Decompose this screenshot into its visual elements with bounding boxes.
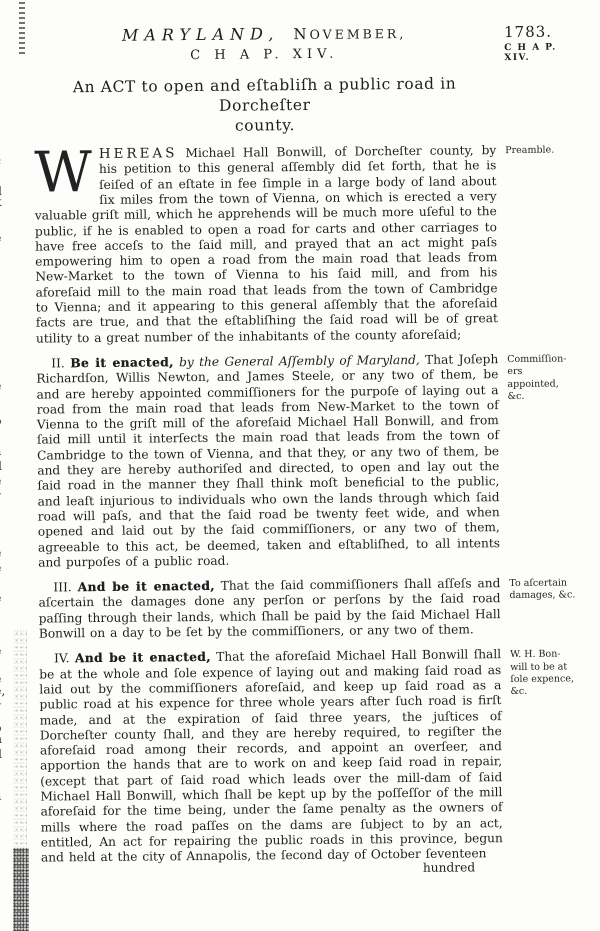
bleedthrough-letter: a [0,445,1,458]
bleedthrough-letter: y [0,490,1,503]
section-number: II. [51,356,65,370]
bleedthrough-letter: a [0,790,1,803]
scan-noise-blotch [13,848,29,931]
section-4-paragraph: IV. And be it enacted, That the aforeſai… [39,647,503,866]
section-preamble: WHEREAS Michael Hall Bonwill, of Dorcheſ… [34,143,576,357]
bleedthrough-letter: e [0,380,1,393]
bleedthrough-letter: e [0,562,1,575]
preamble-paragraph: WHEREAS Michael Hall Bonwill, of Dorcheſ… [34,143,498,346]
section-4: IV. And be it enacted, That the aforeſai… [39,647,581,881]
bleedthrough-letter: y [0,700,1,713]
assembly-phrase: by the General Aſſembly of Maryland, [179,353,420,369]
bleedthrough-letter: e [0,232,1,245]
section-3: III. And be it enacted, That the ſaid co… [38,576,579,652]
preamble-lead-word: HEREAS [99,145,178,162]
margin-note-expense: W. H. Bon- will to be at ſole expence, &… [510,647,579,699]
running-head-year: 1783. [504,23,552,41]
enacting-clause: And be it enacted, [75,650,211,665]
preamble-text: Michael Hall Bonwill, of Dorcheſter coun… [35,143,498,345]
margin-note-preamble: Preamble. [505,143,574,158]
chapter-heading: C H A P. XIV. [33,45,495,64]
section-4-text: That the aforeſaid Michael Hall Bonwill … [39,647,503,864]
printed-page-content: MARYLAND, NOVEMBER, 1783. C H A P. XIV. … [33,21,581,880]
bleedthrough-letter: k [0,196,2,209]
bleedthrough-letter: e, [0,685,5,698]
section-2-paragraph: II. Be it enacted, by the General Aſſemb… [36,352,500,571]
enacting-clause: Be it enacted, [70,355,174,370]
bleedthrough-letter: n [0,733,2,746]
margin-note-damages: To aſcertain damages, &c. [509,576,578,603]
scanned-document-page: liscdke-s-lesotadey-s-eeree-ee,y-ondstas… [0,0,600,931]
bleedthrough-letter: e [0,547,1,560]
section-number: III. [53,580,71,594]
margin-note-commissioners: Commiſſion- ers appointed, &c. [507,351,576,403]
section-2: II. Be it enacted, by the General Aſſemb… [36,351,578,580]
bleedthrough-letter: d [0,460,2,473]
enacting-clause: And be it enacted, [78,579,215,594]
binding-smudge [19,2,25,54]
bleedthrough-letter: o [0,415,2,428]
chapter-margin-label: C H A P. XIV. [504,42,573,63]
bleedthrough-letter: e [0,592,1,605]
section-3-paragraph: III. And be it enacted, That the ſaid co… [38,576,501,642]
act-title: An ACT to open and eſtabliſh a public ro… [33,73,496,138]
running-head-month: NOVEMBER, [293,24,406,43]
running-head-state: MARYLAND, [122,24,280,45]
section-number: IV. [54,652,69,666]
gutter-bleedthrough-letters: liscdke-s-lesotadey-s-eeree-ee,y-ondstas… [0,0,9,931]
bleedthrough-letter: c [0,155,1,168]
bleedthrough-letter: e [0,645,1,658]
bleedthrough-letter: d [0,748,2,761]
title-row: An ACT to open and eſtabliſh a public ro… [33,63,574,148]
bleedthrough-letter: e [0,475,1,488]
section-2-text: That Joſeph Richardſon, Willis Newton, a… [36,352,500,569]
drop-cap: W [34,147,99,197]
